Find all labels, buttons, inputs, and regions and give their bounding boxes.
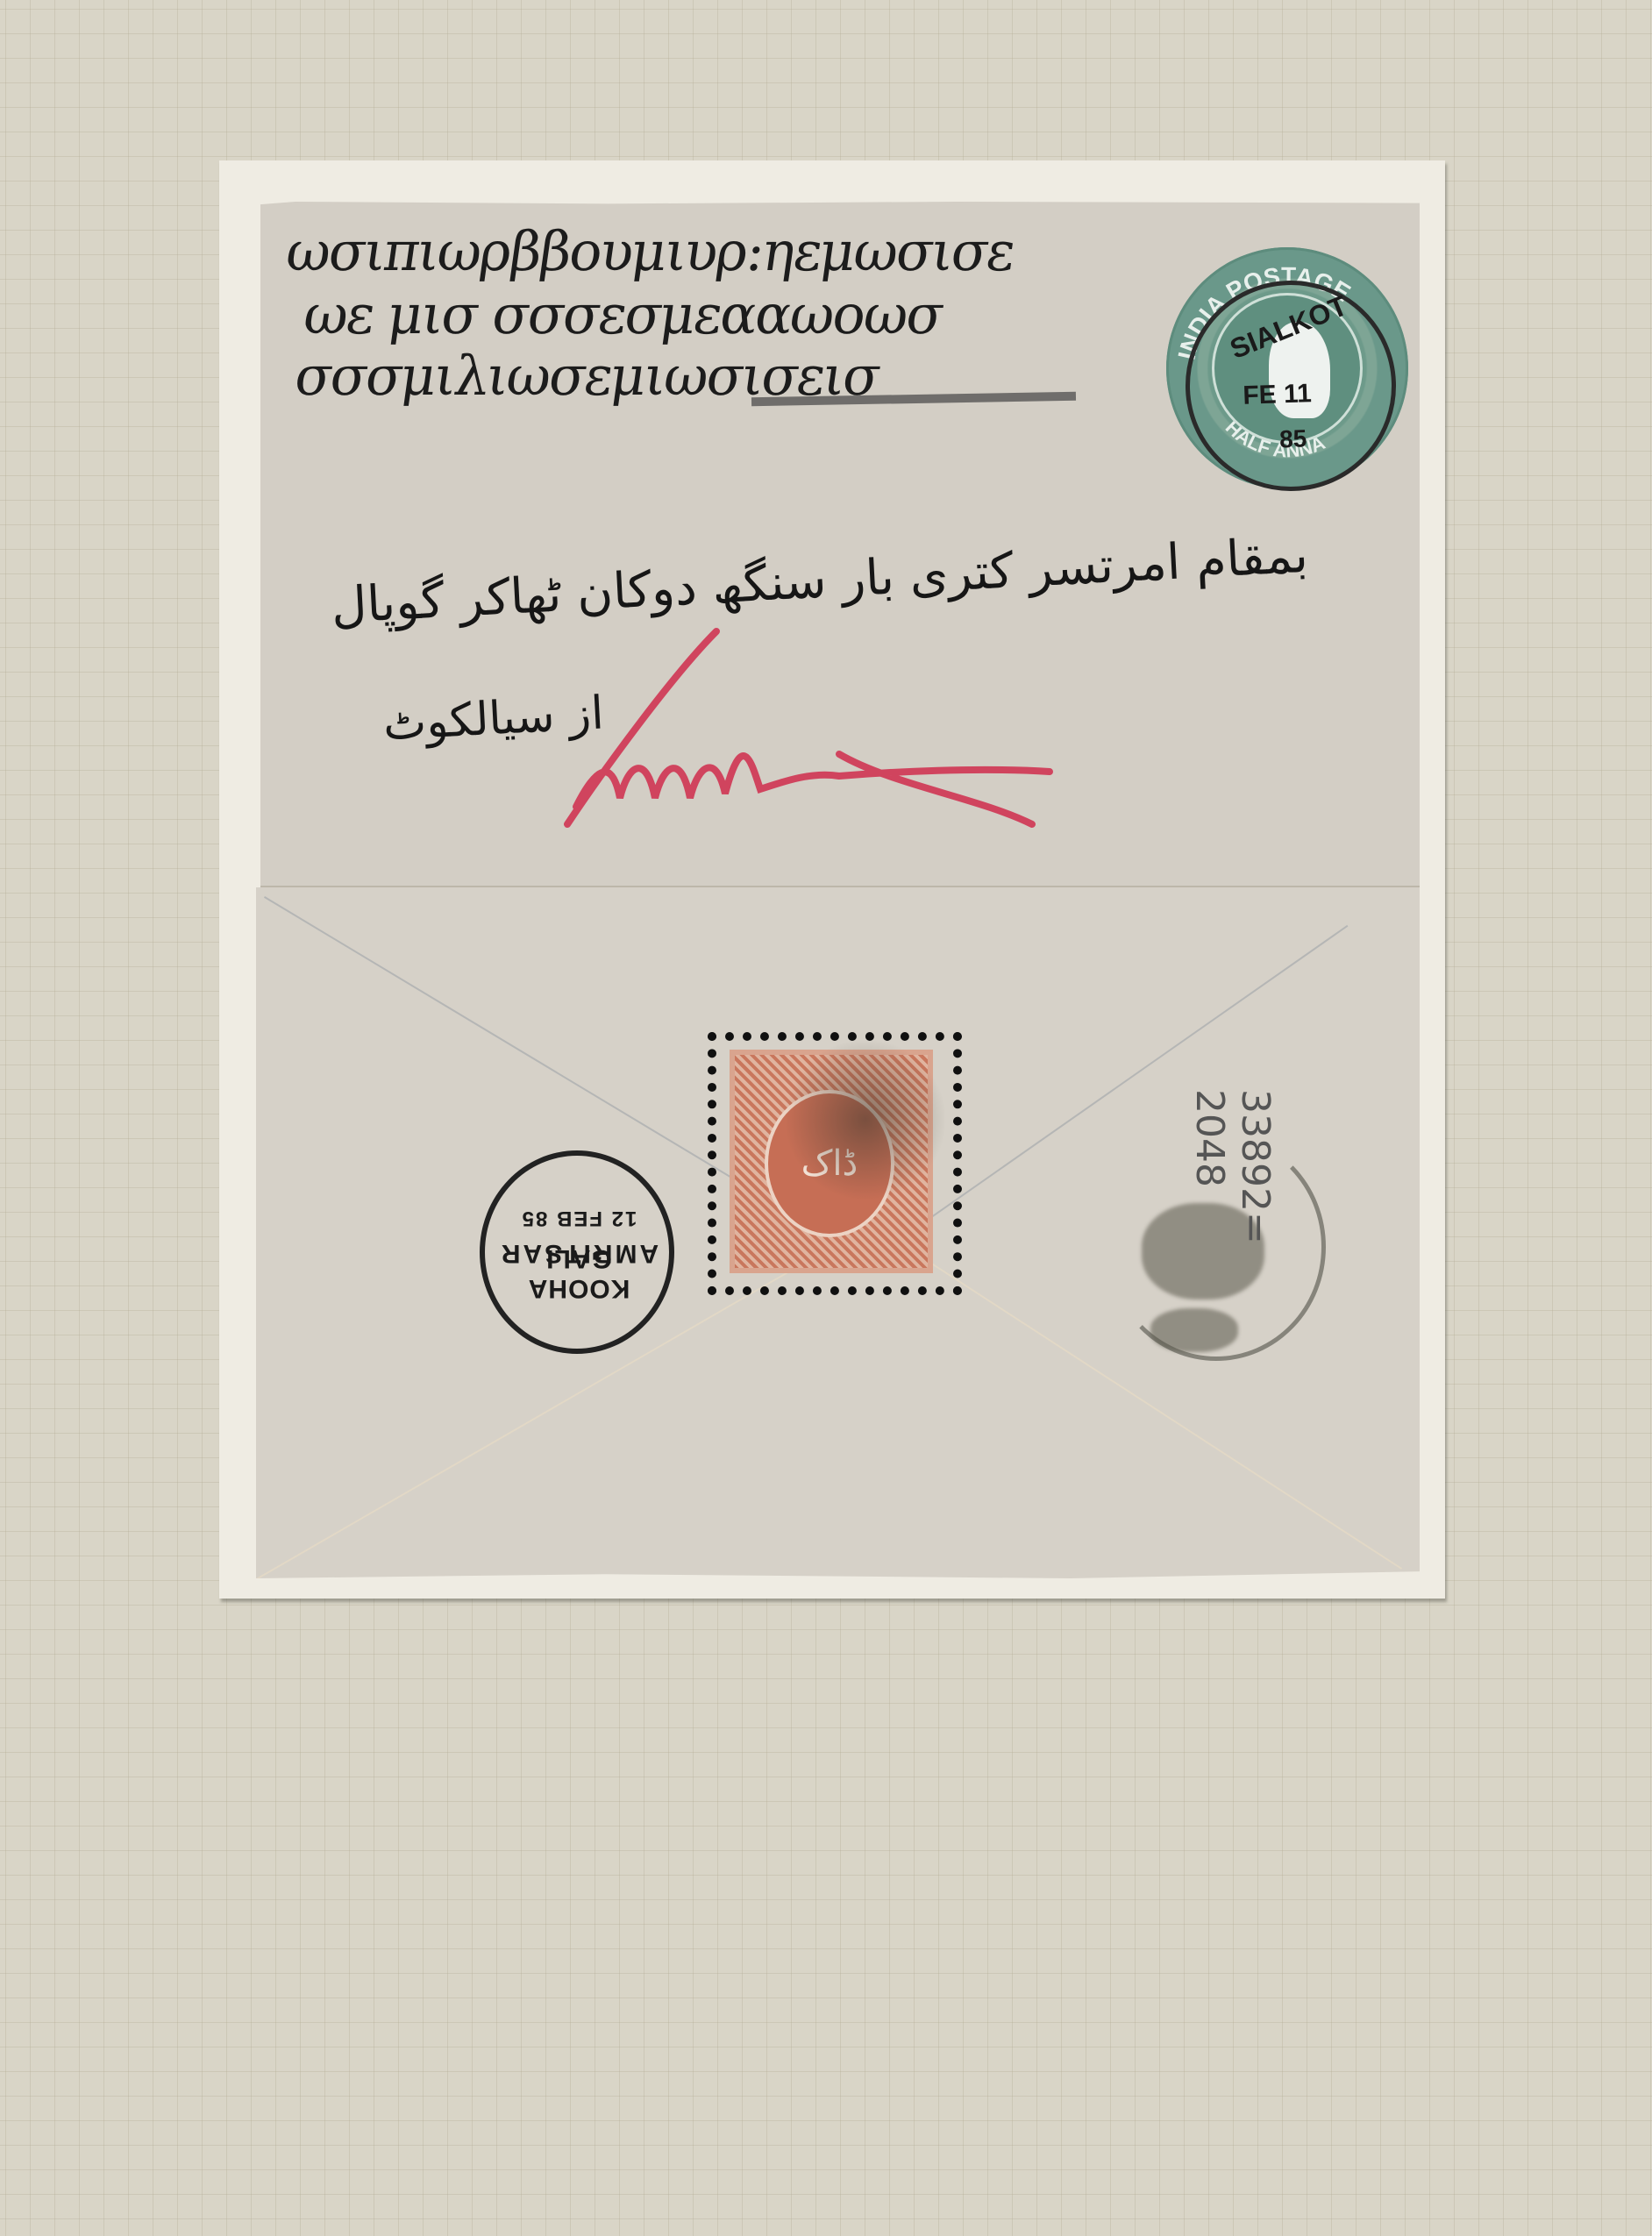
postmark-town: AMRITSAR [495,1238,662,1268]
pencil-notation: 33892= 2048 [1050,1089,1278,1186]
postmark-date: 12 FEB 85 [495,1206,662,1230]
pencil-note-2: 2048 [1186,1089,1232,1186]
handwritten-line-2: ωε μισ σσσεσμεααωοωσ [300,282,947,346]
amritsar-postmark: KOOHA GALI AMRITSAR 12 FEB 85 [480,1150,674,1354]
envelope-back-panel: ڈاک KOOHA GALI AMRITSAR 12 FEB 85 33892=… [256,887,1420,1578]
pencil-note-1: 33892= [1232,1089,1278,1186]
postmark-smudge [1150,1308,1238,1352]
postmark-day: FE 11 [1243,379,1313,411]
ink-cancel-smudge [778,1032,953,1207]
envelope-front-panel: ωσιπιωρββουμιυρ:ηεμωσισε ωε μισ σσσεσμεα… [260,202,1420,887]
handwritten-line-1: ωσιπιωρββουμιυρ:ηεμωσισε [282,219,1018,283]
postal-envelope: ωσιπιωρββουμιυρ:ηεμωσισε ωε μισ σσσεσμεα… [260,202,1420,1578]
kashmir-stamp-with-cancel: ڈاک [708,1032,962,1295]
red-signature [523,623,1172,851]
postmark-year: 85 [1279,424,1307,453]
urdu-address-line-1: بمقام امرتسر کتری بار سنگھ دوکان ٹھاکر گ… [330,527,1309,635]
